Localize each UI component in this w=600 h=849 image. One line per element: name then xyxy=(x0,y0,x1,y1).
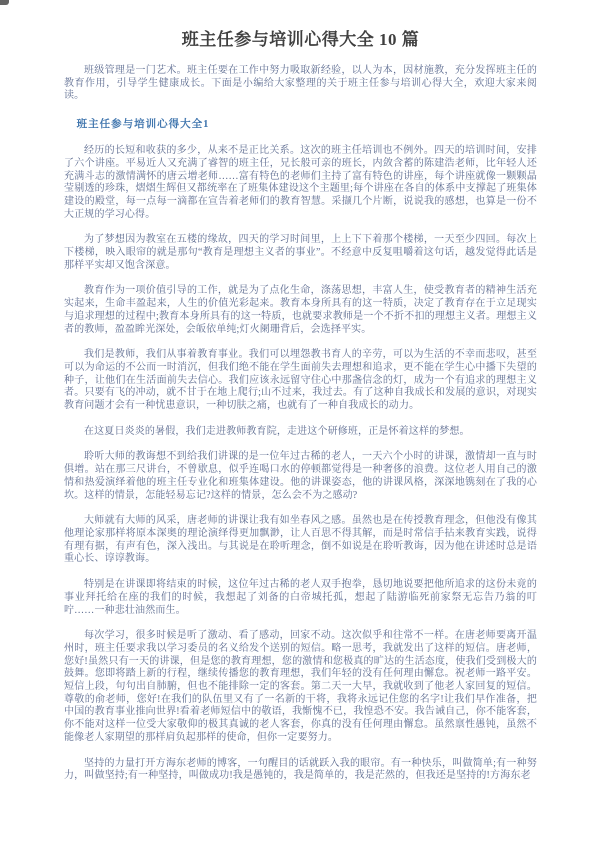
body-paragraph: 教育作为一项价值引导的工作，就是为了点化生命，涤荡思想，丰富人生，使受教育者的精… xyxy=(64,285,537,336)
body-paragraph: 特别是在讲课即将结束的时候，这位年过古稀的老人双手抱拳，恳切地说要把他所追求的这… xyxy=(64,579,537,617)
document-content: 班主任参与培训心得大全 10 篇 班级管理是一门艺术。班主任要在工作中努力吸取新… xyxy=(0,0,600,783)
body-paragraph: 聆听大师的教诲想不到给我们讲课的是一位年过古稀的老人，一天六个小时的讲课，激情却… xyxy=(64,451,537,502)
document-page: 班主任参与培训心得大全 10 篇 班级管理是一门艺术。班主任要在工作中努力吸取新… xyxy=(0,0,600,849)
body-paragraph: 在这夏日炎炎的暑假，我们走进教师教育院，走进这个研修班，正是怀着这样的梦想。 xyxy=(64,426,537,439)
section-heading: 班主任参与培训心得大全1 xyxy=(64,116,537,131)
body-paragraph: 我们是教师，我们从事着教育事业。我们可以埋怨教书育人的辛劳，可以为生活的不幸而悲… xyxy=(64,349,537,413)
body-paragraph: 每次学习，很多时候是听了激动、看了感动，回家不动。这次似乎和往常不一样。在唐老师… xyxy=(64,630,537,744)
intro-paragraph: 班级管理是一门艺术。班主任要在工作中努力吸取新经验，以人为本，因材施教，充分发挥… xyxy=(64,65,537,103)
body-paragraph: 为了梦想因为教室在五楼的缘故，四天的学习时间里，上上下下着那个楼梯，一天至少四回… xyxy=(64,234,537,272)
body-paragraph: 经历的长短和收获的多少，从来不是正比关系。这次的班主任培训也不例外。四天的培训时… xyxy=(64,145,537,221)
body-paragraph: 坚持的力量打开方海东老师的博客，一句醒目的话就跃入我的眼帘。有一种快乐，叫做简单… xyxy=(64,758,537,783)
page-title: 班主任参与培训心得大全 10 篇 xyxy=(64,25,537,50)
page-corner-artifact xyxy=(0,0,9,5)
body-paragraph: 大师就有大师的风采，唐老师的讲课让我有如坐春风之感。虽然也是在传授教育理念，但他… xyxy=(64,515,537,566)
